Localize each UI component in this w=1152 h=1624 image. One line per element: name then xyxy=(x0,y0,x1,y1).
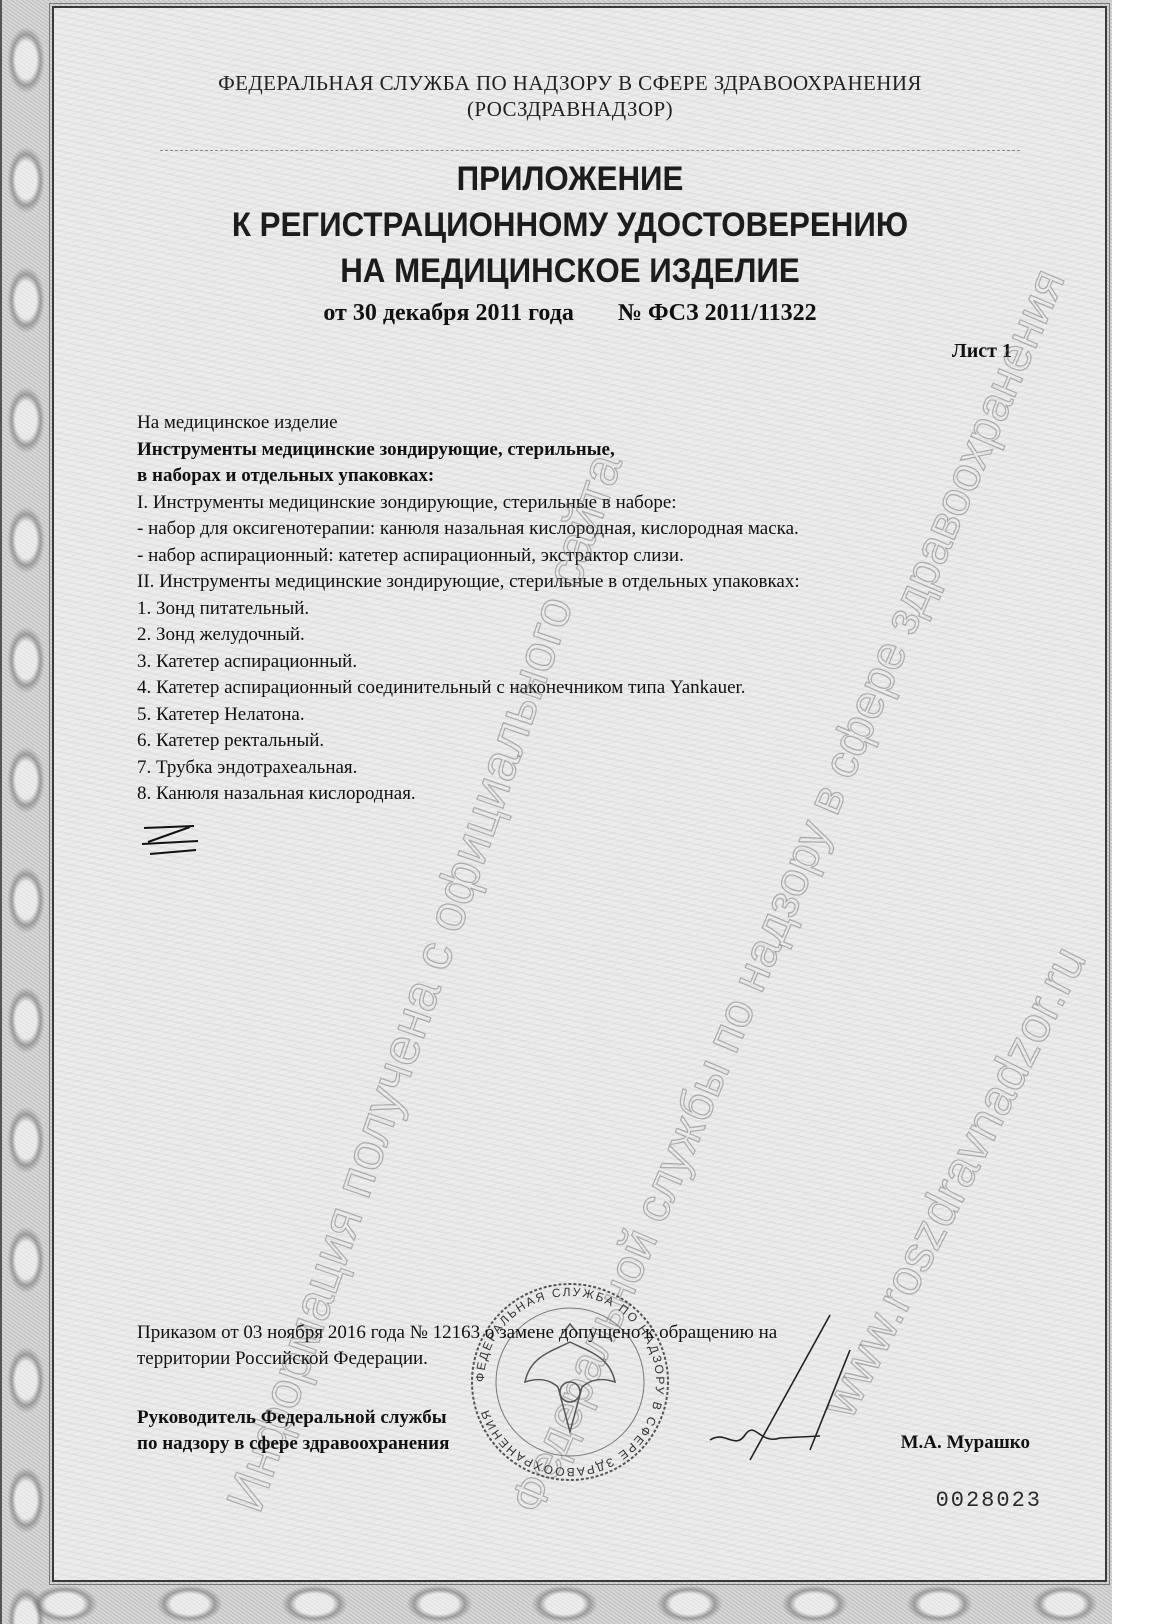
title-line-1: ПРИЛОЖЕНИЕ xyxy=(165,156,975,202)
title-line-3: НА МЕДИЦИНСКОЕ ИЗДЕЛИЕ xyxy=(165,248,975,294)
agency-header: ФЕДЕРАЛЬНАЯ СЛУЖБА ПО НАДЗОРУ В СФЕРЕ ЗД… xyxy=(130,70,1010,122)
end-of-list-mark xyxy=(140,822,200,856)
document-number: № ФСЗ 2011/11322 xyxy=(618,300,817,326)
form-serial-number: 0028023 xyxy=(936,1488,1042,1513)
section-1-title: I. Инструменты медицинские зондирующие, … xyxy=(137,490,1017,517)
list-item: - набор для оксигенотерапии: канюля наза… xyxy=(137,516,1017,543)
replacement-order-note: Приказом от 03 ноября 2016 года № 12163 … xyxy=(137,1320,977,1372)
signatory-title-line-2: по надзору в сфере здравоохранения xyxy=(137,1431,449,1457)
intro-text: На медицинское изделие xyxy=(137,410,1017,437)
signatory-title: Руководитель Федеральной службы по надзо… xyxy=(137,1405,449,1457)
list-item: 8. Канюля назальная кислородная. xyxy=(137,781,1017,808)
list-item: - набор аспирационный: катетер аспирацио… xyxy=(137,543,1017,570)
agency-name: ФЕДЕРАЛЬНАЯ СЛУЖБА ПО НАДЗОРУ В СФЕРЕ ЗД… xyxy=(130,70,1010,96)
list-item: 3. Катетер аспирационный. xyxy=(137,649,1017,676)
list-item: 1. Зонд питательный. xyxy=(137,596,1017,623)
header-divider xyxy=(160,150,1020,151)
title-line-2: К РЕГИСТРАЦИОННОМУ УДОСТОВЕРЕНИЮ xyxy=(165,202,975,248)
signatory-name: М.А. Мурашко xyxy=(901,1432,1030,1454)
document-date-number: от 30 декабря 2011 года№ ФСЗ 2011/11322 xyxy=(130,300,1010,327)
agency-abbreviation: (РОСЗДРАВНАДЗОР) xyxy=(130,96,1010,122)
list-item: 2. Зонд желудочный. xyxy=(137,622,1017,649)
document-date: от 30 декабря 2011 года xyxy=(323,300,574,326)
document-title: ПРИЛОЖЕНИЕ К РЕГИСТРАЦИОННОМУ УДОСТОВЕРЕ… xyxy=(165,156,975,294)
list-item: 6. Катетер ректальный. xyxy=(137,728,1017,755)
sheet-number: Лист 1 xyxy=(952,340,1012,363)
product-name-line-2: в наборах и отдельных упаковках: xyxy=(137,463,1017,490)
order-line-2: территории Российской Федерации. xyxy=(137,1346,977,1372)
document-body: На медицинское изделие Инструменты медиц… xyxy=(137,410,1017,808)
list-item: 7. Трубка эндотрахеальная. xyxy=(137,755,1017,782)
order-line-1: Приказом от 03 ноября 2016 года № 12163 … xyxy=(137,1320,977,1346)
section-2-title: II. Инструменты медицинские зондирующие,… xyxy=(137,569,1017,596)
product-name-line-1: Инструменты медицинские зондирующие, сте… xyxy=(137,437,1017,464)
signatory-title-line-1: Руководитель Федеральной службы xyxy=(137,1405,449,1431)
list-item: 5. Катетер Нелатона. xyxy=(137,702,1017,729)
official-seal-stamp: ФЕДЕРАЛЬНАЯ СЛУЖБА ПО НАДЗОРУ В СФЕРЕ ЗД… xyxy=(470,1262,670,1502)
list-item: 4. Катетер аспирационный соединительный … xyxy=(137,675,1017,702)
